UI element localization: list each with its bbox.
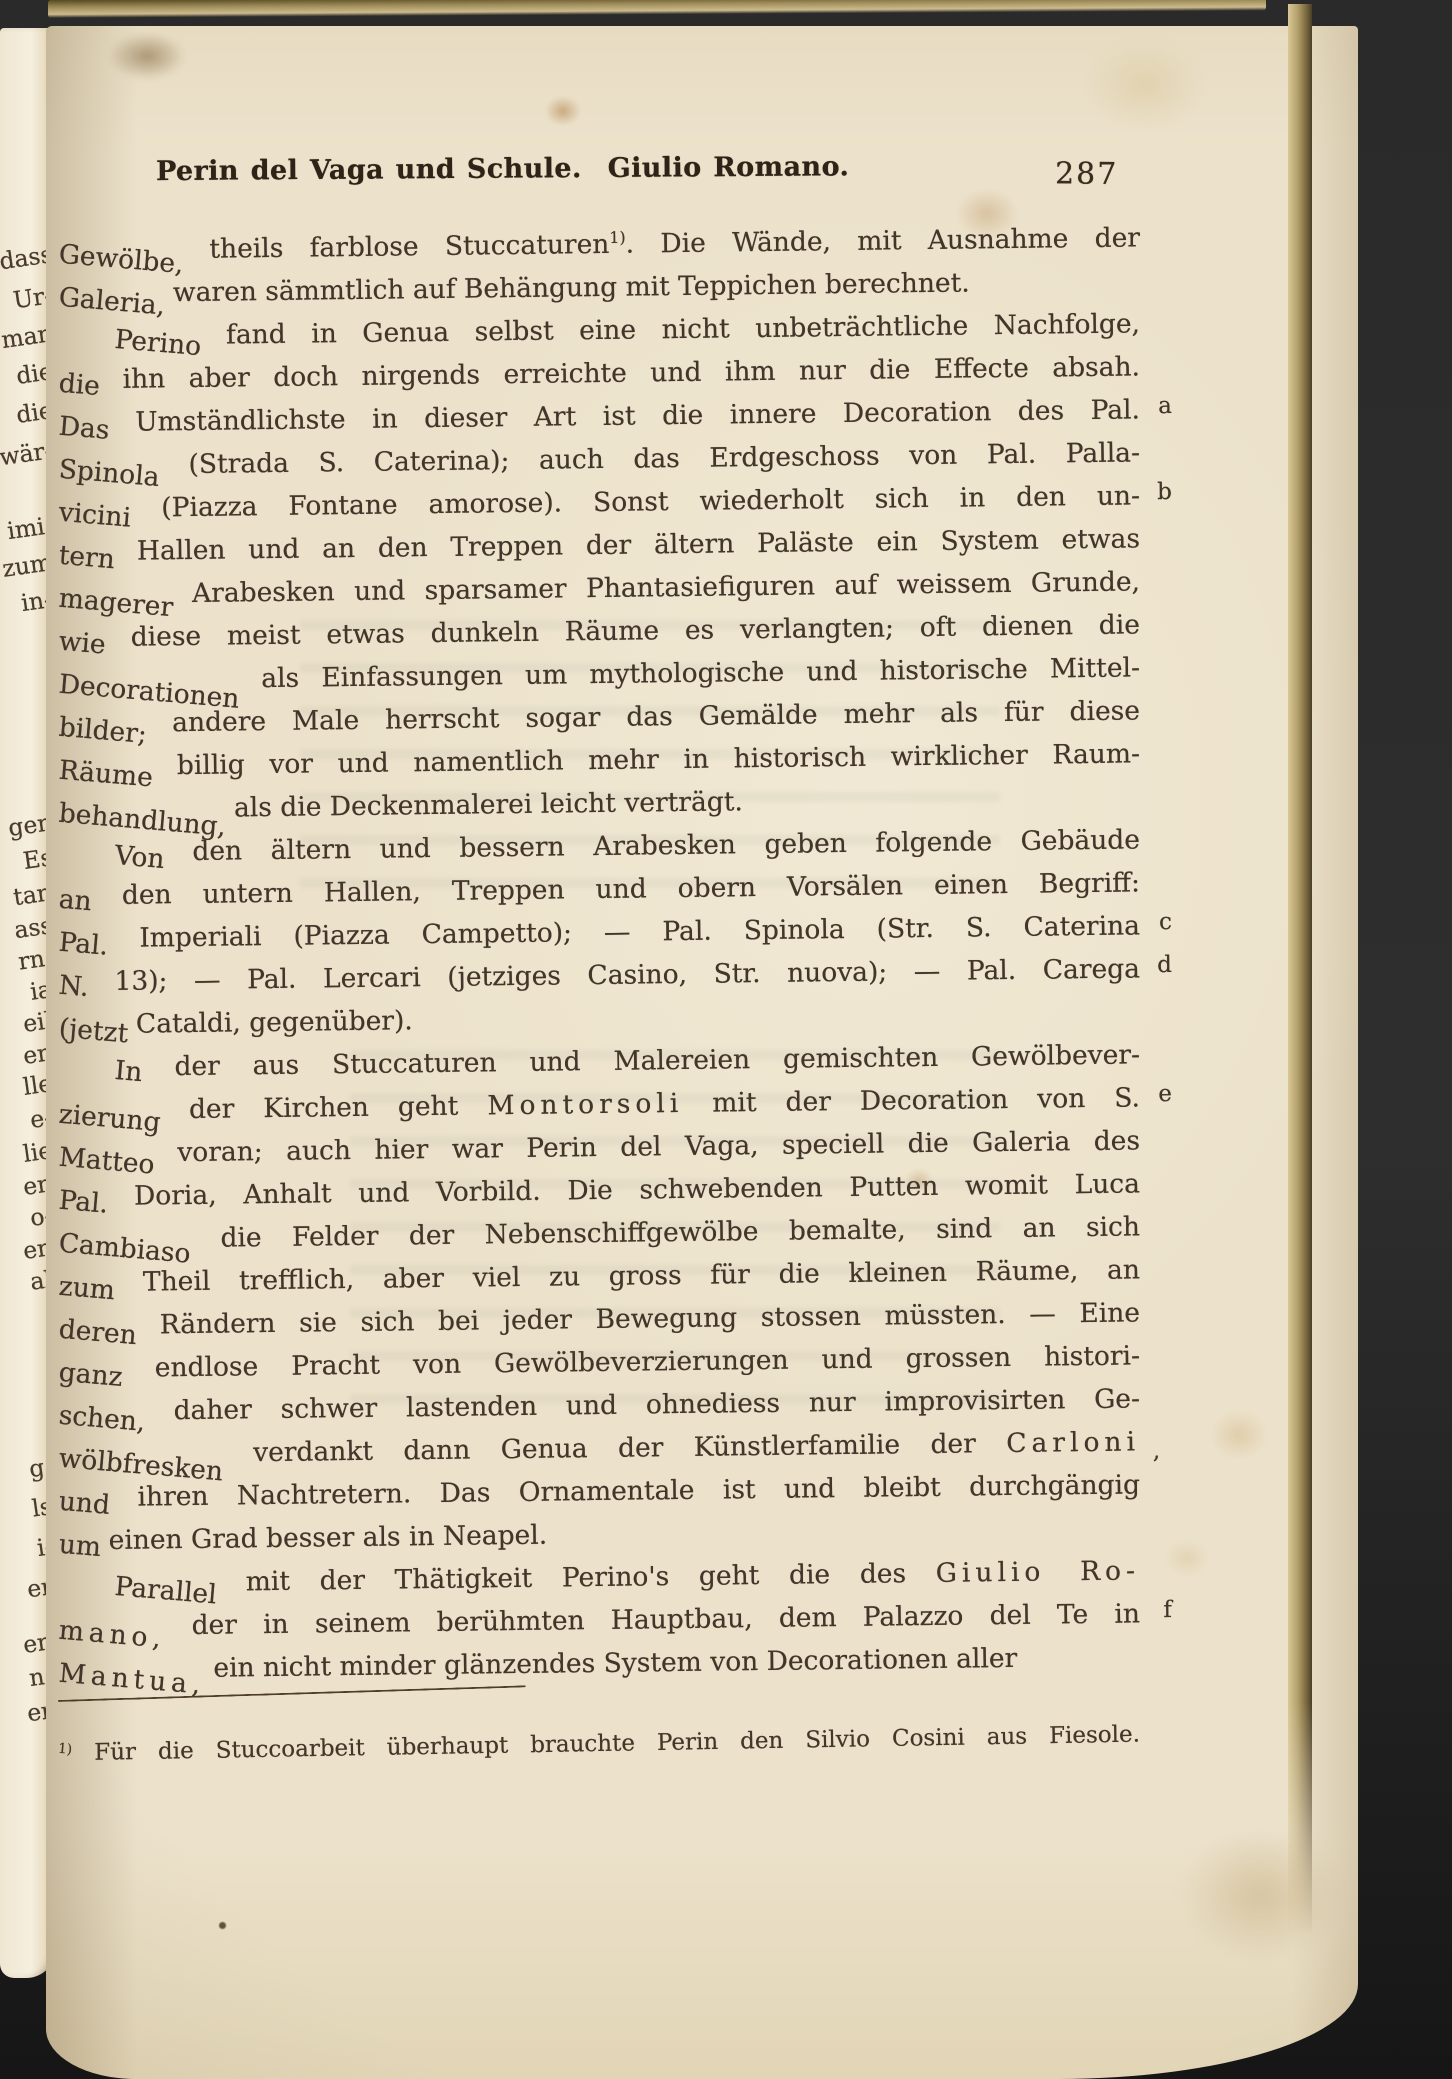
running-title-part1: Perin del Vaga und Schule. <box>156 153 582 187</box>
running-title: Perin del Vaga und Schule.Giulio Romano. <box>156 151 849 187</box>
margin-letter: a <box>1158 395 1172 418</box>
margin-letter: c <box>1159 911 1172 934</box>
footnote-marker: 1) <box>58 1749 72 1750</box>
margin-letter: f <box>1163 1599 1172 1622</box>
page-top-edge <box>48 0 1266 18</box>
page-fore-edge <box>1288 4 1312 1934</box>
text-block: Gewölbe, theils farblose Stuccaturen1). … <box>58 223 1140 1685</box>
margin-letter: b <box>1157 481 1172 504</box>
running-title-part2: Giulio Romano. <box>608 151 850 184</box>
book-scan: dassUr-mandiediewär-imi,zumin-genEstanas… <box>0 0 1452 2079</box>
margin-letter: e <box>1158 1083 1172 1106</box>
page-number: 287 <box>1055 156 1119 192</box>
margin-letter: , <box>1153 1440 1161 1463</box>
margin-letter: d <box>1157 954 1172 977</box>
